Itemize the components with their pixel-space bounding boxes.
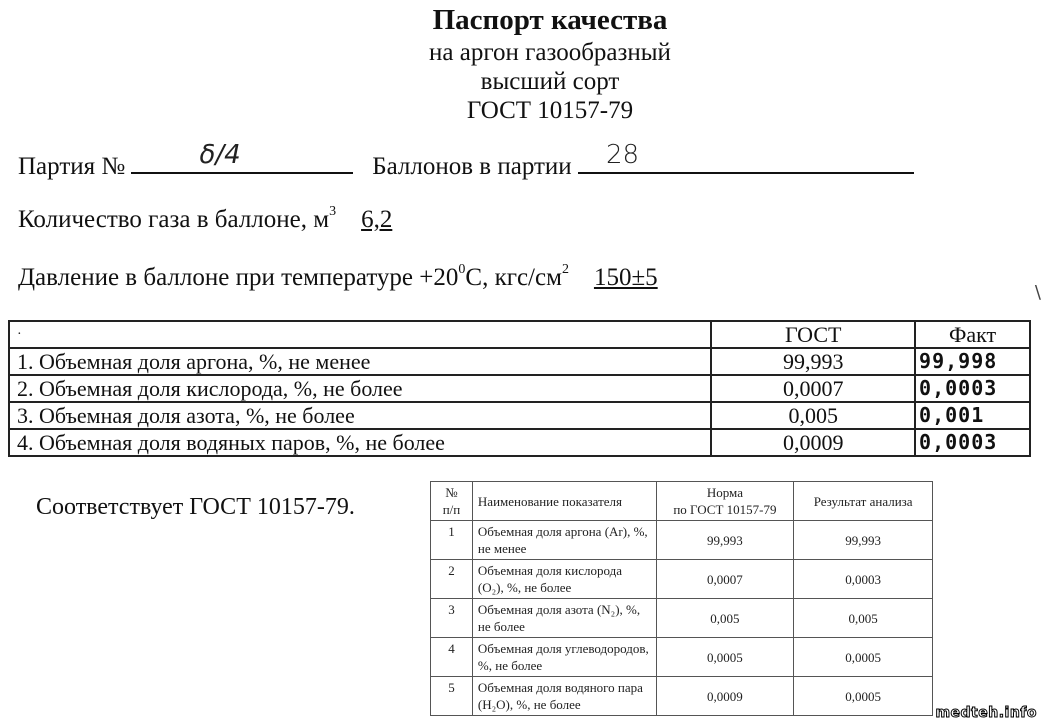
header-number: № п/п bbox=[431, 482, 473, 521]
indicator-name: Объемная доля водяного пара (H₂O), %, не… bbox=[472, 677, 656, 716]
document-title: Паспорт качества bbox=[0, 2, 1043, 38]
batch-field[interactable]: δ/4 bbox=[131, 146, 353, 174]
norm-value: 0,005 bbox=[656, 599, 794, 638]
indicator-name: 4. Объемная доля водяных паров, %, не бо… bbox=[9, 429, 711, 456]
fact-value: 99,998 bbox=[915, 348, 1030, 375]
row-number: 1 bbox=[431, 521, 473, 560]
table-row: 1 Объемная доля аргона (Ar), %, не менее… bbox=[431, 521, 933, 560]
analysis-table: № п/п Наименование показателя Норма по Г… bbox=[430, 481, 933, 716]
norm-value: 0,0005 bbox=[656, 638, 794, 677]
area-unit-exponent: 2 bbox=[562, 262, 569, 277]
table-row: 4. Объемная доля водяных паров, %, не бо… bbox=[9, 429, 1030, 456]
header-indicator-name: Наименование показателя bbox=[472, 482, 656, 521]
gas-quantity-line: Количество газа в баллоне, м3 6,2 bbox=[18, 206, 392, 234]
norm-value: 0,0009 bbox=[656, 677, 794, 716]
indicator-name: Объемная доля аргона (Ar), %, не менее bbox=[472, 521, 656, 560]
header-indicator: · bbox=[9, 321, 711, 348]
indicator-name: 2. Объемная доля кислорода, %, не более bbox=[9, 375, 711, 402]
row-number: 2 bbox=[431, 560, 473, 599]
result-value: 0,0005 bbox=[794, 638, 933, 677]
cylinders-value: 28 bbox=[606, 140, 639, 170]
indicator-name: 3. Объемная доля азота, %, не более bbox=[9, 402, 711, 429]
row-number: 3 bbox=[431, 599, 473, 638]
document-subtitle-product: на аргон газообразный bbox=[0, 38, 1043, 67]
table-row: 4 Объемная доля углеводородов, %, не бол… bbox=[431, 638, 933, 677]
quality-table: · ГОСТ Факт 1. Объемная доля аргона, %, … bbox=[8, 320, 1031, 457]
pressure-label-a: Давление в баллоне при температуре +20 bbox=[18, 264, 458, 291]
indicator-name: 1. Объемная доля аргона, %, не менее bbox=[9, 348, 711, 375]
indicator-name: Объемная доля кислорода (O₂), %, не боле… bbox=[472, 560, 656, 599]
table-row: 2. Объемная доля кислорода, %, не более … bbox=[9, 375, 1030, 402]
gost-value: 99,993 bbox=[711, 348, 915, 375]
header-result: Результат анализа bbox=[794, 482, 933, 521]
header-norm: Норма по ГОСТ 10157-79 bbox=[656, 482, 794, 521]
row-number: 4 bbox=[431, 638, 473, 677]
gost-value: 0,005 bbox=[711, 402, 915, 429]
document-header: Паспорт качества на аргон газообразный в… bbox=[0, 2, 1043, 125]
batch-label: Партия № bbox=[18, 153, 125, 180]
gas-quantity-label: Количество газа в баллоне, м bbox=[18, 206, 329, 233]
table-row: 5 Объемная доля водяного пара (H₂O), %, … bbox=[431, 677, 933, 716]
indicator-name: Объемная доля углеводородов, %, не более bbox=[472, 638, 656, 677]
result-value: 0,005 bbox=[794, 599, 933, 638]
cylinders-field[interactable]: 28 bbox=[578, 146, 914, 174]
cylinders-label: Баллонов в партии bbox=[372, 153, 571, 180]
pressure-label-b: C, кгс/см bbox=[465, 264, 562, 291]
gas-quantity-unit-exponent: 3 bbox=[329, 204, 336, 219]
batch-value: δ/4 bbox=[199, 140, 240, 170]
norm-value: 0,0007 bbox=[656, 560, 794, 599]
table-row: 1. Объемная доля аргона, %, не менее 99,… bbox=[9, 348, 1030, 375]
fact-value: 0,0003 bbox=[915, 429, 1030, 456]
norm-value: 99,993 bbox=[656, 521, 794, 560]
header-gost: ГОСТ bbox=[711, 321, 915, 348]
header-fact: Факт bbox=[915, 321, 1030, 348]
gost-value: 0,0007 bbox=[711, 375, 915, 402]
batch-line: Партия № δ/4 Баллонов в партии 28 bbox=[18, 146, 914, 181]
indicator-name: Объемная доля азота (N₂), %, не более bbox=[472, 599, 656, 638]
pressure-line: Давление в баллоне при температуре +200C… bbox=[18, 264, 658, 292]
conformity-statement: Соответствует ГОСТ 10157-79. bbox=[36, 494, 355, 521]
result-value: 99,993 bbox=[794, 521, 933, 560]
watermark-link[interactable]: medteh.info bbox=[935, 705, 1037, 721]
row-number: 5 bbox=[431, 677, 473, 716]
quality-table-header: · ГОСТ Факт bbox=[9, 321, 1030, 348]
pressure-value: 150±5 bbox=[594, 264, 658, 291]
table-row: 3. Объемная доля азота, %, не более 0,00… bbox=[9, 402, 1030, 429]
result-value: 0,0005 bbox=[794, 677, 933, 716]
gas-quantity-value: 6,2 bbox=[361, 206, 392, 233]
analysis-table-header: № п/п Наименование показателя Норма по Г… bbox=[431, 482, 933, 521]
fact-value: 0,001 bbox=[915, 402, 1030, 429]
margin-mark: \ bbox=[1035, 282, 1041, 303]
document-subtitle-standard: ГОСТ 10157-79 bbox=[0, 96, 1043, 125]
table-row: 2 Объемная доля кислорода (O₂), %, не бо… bbox=[431, 560, 933, 599]
document-subtitle-grade: высший сорт bbox=[0, 67, 1043, 96]
result-value: 0,0003 bbox=[794, 560, 933, 599]
table-row: 3 Объемная доля азота (N₂), %, не более … bbox=[431, 599, 933, 638]
fact-value: 0,0003 bbox=[915, 375, 1030, 402]
gost-value: 0,0009 bbox=[711, 429, 915, 456]
